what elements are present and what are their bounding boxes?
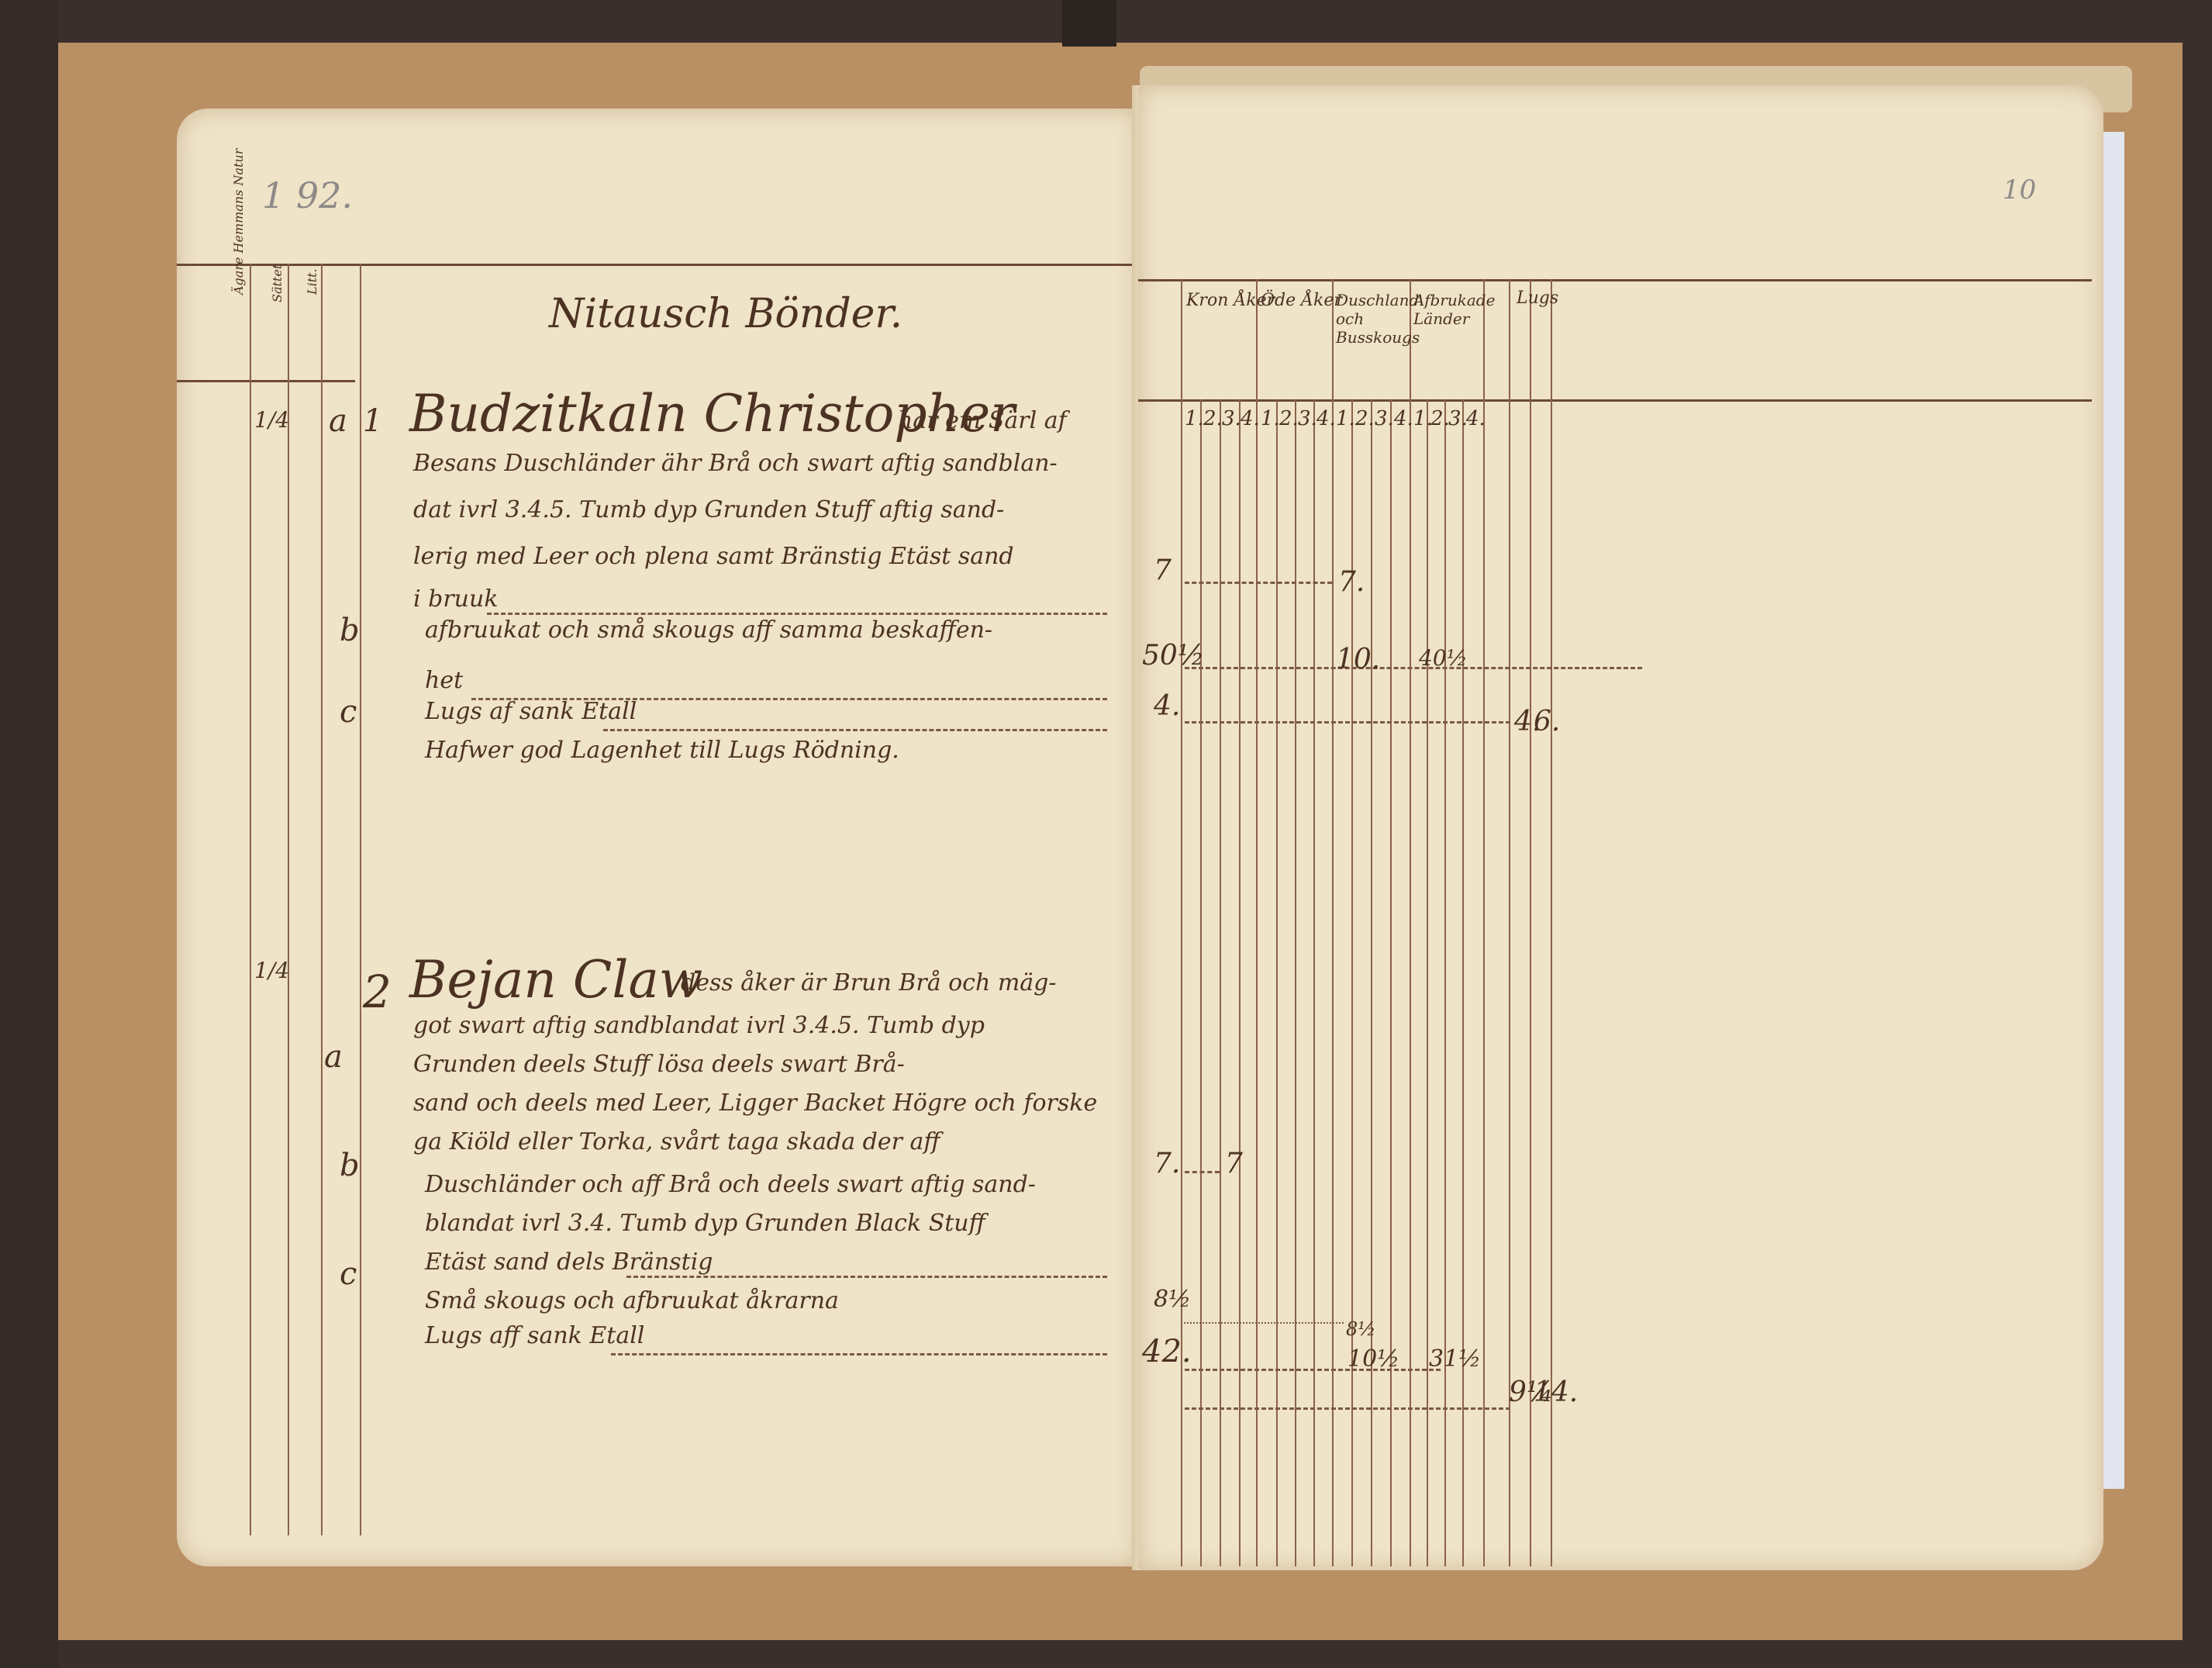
row-3-first: 4. xyxy=(1154,690,1180,722)
entry-2-b-line-0: Duschländer och aff Brå och deels swart … xyxy=(425,1171,1036,1198)
sub-2: 2. xyxy=(1430,407,1450,430)
sub-3: 3. xyxy=(1448,407,1468,430)
entry-2-line-0: dess åker är Brun Brå och mäg- xyxy=(681,969,1057,996)
grid-rule xyxy=(1427,399,1428,1566)
entry-1-number: 1 xyxy=(363,403,382,439)
grid-rule xyxy=(1220,399,1221,1566)
row-2-dash xyxy=(1185,667,1642,669)
grid-rule xyxy=(1332,279,1334,1566)
entry-1-c-line-1: Hafwer god Lagenhet till Lugs Rödning. xyxy=(425,737,899,764)
row-2-value: 10. xyxy=(1336,644,1380,675)
row-7-dash xyxy=(1185,1407,1510,1410)
sub-2: 2. xyxy=(1203,407,1223,430)
binding-strip xyxy=(1062,0,1116,47)
col-group-afbrukade: Afbrukade Länder xyxy=(1413,291,1479,328)
pencil-note: 1 92. xyxy=(262,174,353,216)
right-page: 10 Kron Åker Öde Åker Duschland och Buss… xyxy=(1138,85,2103,1570)
grid-rule xyxy=(1256,279,1258,1566)
grid-rule xyxy=(1483,279,1485,1566)
row-5-dots xyxy=(1181,1322,1344,1324)
sub-1: 1. xyxy=(1261,407,1280,430)
row-4-first: 7. xyxy=(1154,1148,1180,1179)
grid-rule xyxy=(1444,399,1446,1566)
entry-2-c-line-1: Lugs aff sank Etall xyxy=(425,1322,644,1349)
header-top-rule xyxy=(1138,279,2092,281)
entry-1-b-line-0: afbruukat och små skougs aff samma beska… xyxy=(425,616,992,644)
sub-3: 3. xyxy=(1298,407,1317,430)
entry-1-line-0: har em Särl af xyxy=(898,407,1067,434)
col-rule-3 xyxy=(321,264,323,1535)
pencil-page-number: 10 xyxy=(2003,174,2036,205)
entry-2-line-3: sand och deels med Leer, Ligger Backet H… xyxy=(413,1090,1097,1117)
grid-rule xyxy=(1239,399,1241,1566)
entry-1-line-2: dat ivrl 3.4.5. Tumb dyp Grunden Stuff a… xyxy=(413,496,1004,523)
entry-2-name: Bejan Claw xyxy=(409,950,702,1010)
sub-1: 1. xyxy=(1336,407,1355,430)
row-4-dash xyxy=(1185,1171,1220,1173)
left-page: 1 92. Ägare Hemmans Natur Sättet Litt. N… xyxy=(177,109,1138,1566)
entry-2-line-4: ga Kiöld eller Torka, svårt taga skada d… xyxy=(413,1128,940,1155)
entry-1-b-line-1: het xyxy=(425,667,463,694)
grid-rule xyxy=(1390,399,1392,1566)
entry-1-dash-3 xyxy=(603,729,1107,731)
row-1-dash xyxy=(1185,582,1332,584)
grid-rule xyxy=(1276,399,1278,1566)
row-7-lugs-2: 14. xyxy=(1534,1376,1578,1408)
entry-1-letter-a: a xyxy=(329,403,347,439)
row-6-dash xyxy=(1185,1369,1441,1371)
entry-1-letter-b: b xyxy=(340,613,360,648)
entry-1-line-3: lerig med Leer och plena samt Bränstig E… xyxy=(413,543,1014,570)
grid-rule xyxy=(1462,399,1464,1566)
entry-1-c-line-0: Lugs af sank Etall xyxy=(425,698,637,725)
row-4-value: 7 xyxy=(1225,1148,1243,1179)
col-rule-4 xyxy=(360,264,361,1535)
entry-2-letter-b: b xyxy=(340,1148,360,1183)
entry-2-letter-a: a xyxy=(324,1039,343,1075)
entry-2-b-line-1: blandat ivrl 3.4. Tumb dyp Grunden Black… xyxy=(425,1210,985,1237)
grid-rule xyxy=(1551,279,1552,1566)
sub-4: 4. xyxy=(1317,407,1336,430)
entry-1-dash-1 xyxy=(487,613,1107,615)
col-header-2: Sättet xyxy=(270,264,285,302)
grid-rule xyxy=(1181,279,1182,1566)
entry-2-b-line-2: Etäst sand dels Bränstig xyxy=(425,1248,713,1276)
sub-3: 3. xyxy=(1375,407,1394,430)
sub-4: 4. xyxy=(1466,407,1486,430)
header-bottom-rule xyxy=(1138,399,2092,402)
row-1-value: 7. xyxy=(1338,566,1365,598)
row-3-lugs-2: 6. xyxy=(1534,706,1560,737)
sub-3: 3. xyxy=(1222,407,1241,430)
row-1-first: 7 xyxy=(1154,554,1172,586)
entry-1-letter-c: c xyxy=(340,694,357,730)
grid-rule xyxy=(1313,399,1315,1566)
grid-rule xyxy=(1295,399,1296,1566)
entry-2-fraction: 1/4 xyxy=(254,958,289,983)
col-header-1: Ägare Hemmans Natur xyxy=(231,149,246,295)
entry-1-fraction: 1/4 xyxy=(254,407,289,433)
sub-4: 4. xyxy=(1241,407,1260,430)
sub-4: 4. xyxy=(1394,407,1413,430)
section-title: Nitausch Bönder. xyxy=(549,291,902,337)
col-rule-2 xyxy=(288,264,289,1535)
scanner-background-left xyxy=(0,0,58,1668)
entry-1-line-4: i bruuk xyxy=(413,585,499,613)
grid-rule xyxy=(1371,399,1372,1566)
header-bottom-rule xyxy=(177,380,355,382)
col-group-duschland: Duschland och Busskougs xyxy=(1336,291,1406,347)
grid-rule xyxy=(1410,279,1411,1566)
row-5-first: 8½ xyxy=(1154,1286,1191,1313)
row-6-extra: 31½ xyxy=(1429,1345,1481,1373)
col-group-lugs: Lugs xyxy=(1517,288,1558,308)
row-3-dash xyxy=(1185,721,1510,723)
sub-2: 2. xyxy=(1279,407,1299,430)
row-2-extra: 40½ xyxy=(1419,645,1468,671)
sub-1: 1. xyxy=(1185,407,1204,430)
row-6-value: 10½ xyxy=(1348,1345,1399,1373)
entry-2-line-2: Grunden deels Stuff lösa deels swart Brå… xyxy=(413,1051,905,1078)
entry-1-line-1: Besans Duschländer ähr Brå och swart aft… xyxy=(413,450,1058,477)
col-group-ode-aker: Öde Åker xyxy=(1261,291,1342,310)
entry-2-dash-2 xyxy=(611,1353,1107,1355)
col-rule-1 xyxy=(250,264,251,1535)
entry-2-dash-1 xyxy=(626,1276,1107,1278)
entry-2-line-1: got swart aftig sandblandat ivrl 3.4.5. … xyxy=(413,1012,985,1039)
col-header-3: Litt. xyxy=(305,268,319,295)
grid-rule xyxy=(1509,279,1510,1566)
grid-rule xyxy=(1200,399,1202,1566)
entry-2-number: 2 xyxy=(363,965,392,1018)
row-5-value: 8½ xyxy=(1346,1318,1376,1340)
row-6-first: 42. xyxy=(1142,1334,1192,1369)
sub-2: 2. xyxy=(1355,407,1375,430)
entry-2-c-line-0: Små skougs och afbruukat åkrarna xyxy=(425,1287,839,1314)
grid-rule xyxy=(1530,279,1531,1566)
entry-2-letter-c: c xyxy=(340,1256,357,1292)
